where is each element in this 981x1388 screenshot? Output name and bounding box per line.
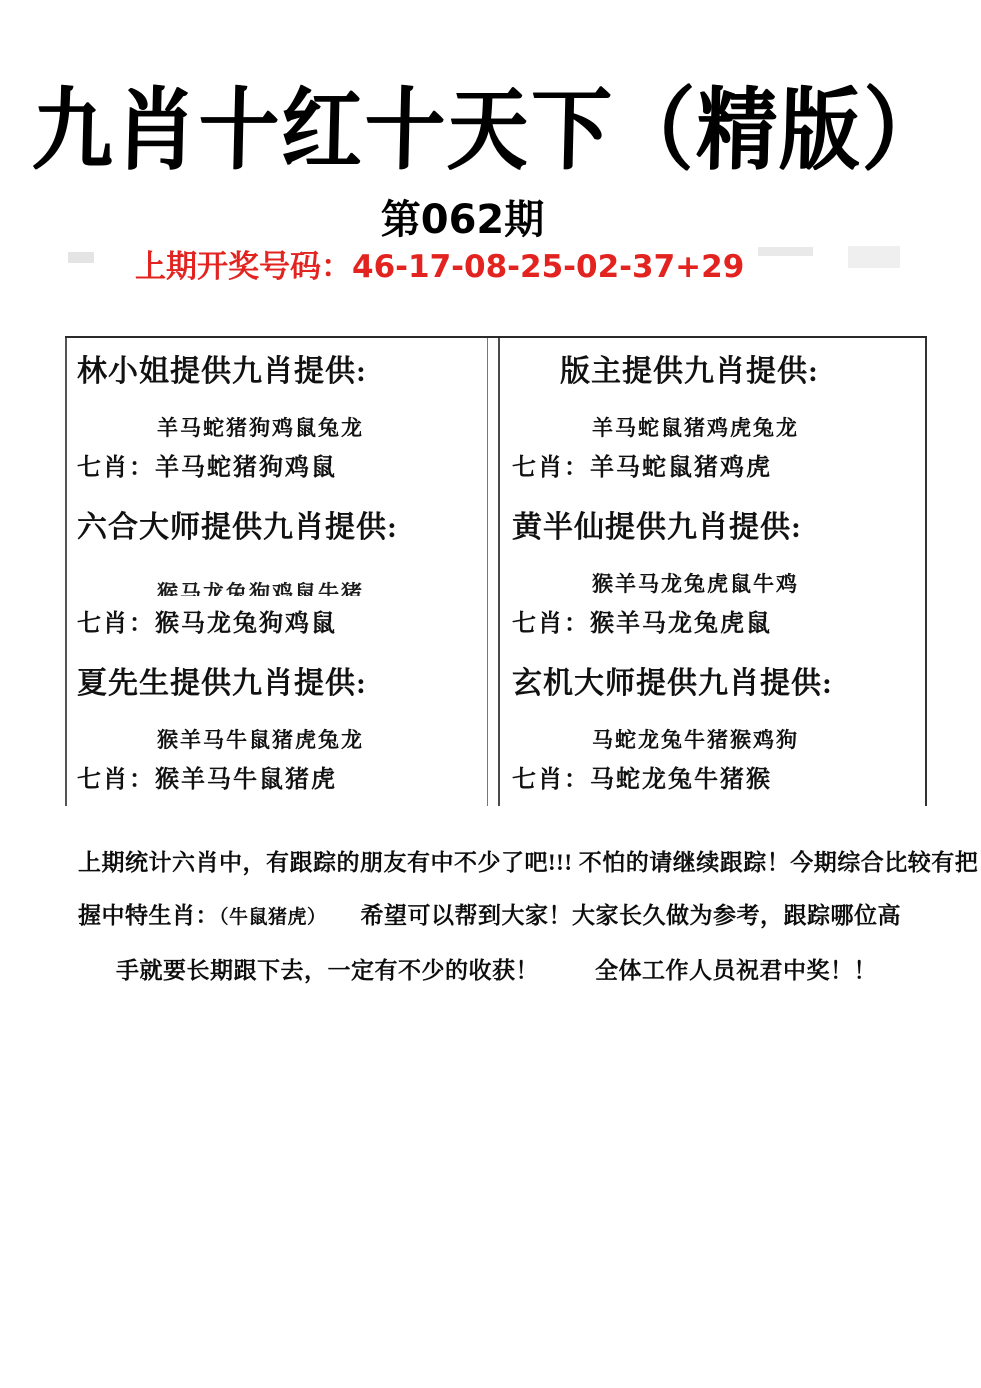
nine-zodiac-line: 猴羊马龙兔虎鼠牛鸡	[512, 572, 919, 596]
tipster-table: 林小姐提供九肖提供: 羊马蛇猪狗鸡鼠兔龙 七肖：羊马蛇猪狗鸡鼠 六合大师提供九肖…	[65, 336, 927, 806]
nine-zodiac-line: 羊马蛇猪狗鸡鼠兔龙	[77, 416, 481, 440]
tipster-heading: 夏先生提供九肖提供:	[77, 658, 481, 702]
last-draw-line: 上期开奖号码：46-17-08-25-02-37+29	[135, 241, 744, 286]
tipster-heading: 黄半仙提供九肖提供:	[512, 502, 919, 546]
scan-artifact	[758, 247, 813, 256]
nine-zodiac-line: 羊马蛇鼠猪鸡虎兔龙	[512, 416, 919, 440]
lottery-tip-sheet: 九肖十红十天下（精版） 第062期 上期开奖号码：46-17-08-25-02-…	[0, 0, 981, 1388]
tipster-section-banzhu: 版主提供九肖提供: 羊马蛇鼠猪鸡虎兔龙 七肖：羊马蛇鼠猪鸡虎	[512, 338, 919, 494]
last-draw-numbers: 46-17-08-25-02-37+29	[352, 249, 744, 285]
issue-number: 第062期	[0, 188, 953, 245]
footer-line-2: 握中特生肖：（牛鼠猪虎）希望可以帮到大家！大家长久做为参考，跟踪哪位高	[78, 901, 925, 933]
seven-zodiac-line: 七肖：猴羊马龙兔虎鼠	[512, 603, 919, 638]
footer-special-zodiacs: （牛鼠猪虎）	[219, 907, 327, 928]
seven-zodiac-line: 七肖：羊马蛇鼠猪鸡虎	[512, 447, 919, 482]
seven-zodiac-line: 七肖：猴马龙兔狗鸡鼠	[77, 603, 481, 638]
tipster-column-right: 版主提供九肖提供: 羊马蛇鼠猪鸡虎兔龙 七肖：羊马蛇鼠猪鸡虎 黄半仙提供九肖提供…	[498, 338, 927, 806]
tipster-section-huangbanxian: 黄半仙提供九肖提供: 猴羊马龙兔虎鼠牛鸡 七肖：猴羊马龙兔虎鼠	[512, 494, 919, 650]
tipster-heading: 玄机大师提供九肖提供:	[512, 658, 919, 702]
tipster-column-left: 林小姐提供九肖提供: 羊马蛇猪狗鸡鼠兔龙 七肖：羊马蛇猪狗鸡鼠 六合大师提供九肖…	[65, 338, 488, 806]
seven-zodiac-line: 七肖：羊马蛇猪狗鸡鼠	[77, 447, 481, 482]
scan-artifact	[848, 246, 900, 268]
seven-zodiac-line: 七肖：马蛇龙兔牛猪猴	[512, 759, 919, 794]
footer-line-3: 手就要长期跟下去，一定有不少的收获！全体工作人员祝君中奖！！	[78, 956, 925, 986]
nine-zodiac-line: 马蛇龙兔牛猪猴鸡狗	[512, 728, 919, 752]
footer-line-3-part2: 全体工作人员祝君中奖！！	[595, 958, 877, 983]
nine-zodiac-line: 猴羊马牛鼠猪虎兔龙	[77, 728, 481, 752]
tipster-section-xuanjidashi: 玄机大师提供九肖提供: 马蛇龙兔牛猪猴鸡狗 七肖：马蛇龙兔牛猪猴	[512, 650, 919, 806]
nine-zodiac-line-clipped: 猴马龙兔狗鸡鼠牛猪	[77, 581, 481, 596]
footer-line-1: 上期统计六肖中，有跟踪的朋友有中不少了吧!!! 不怕的请继续跟踪！今期综合比较有…	[78, 848, 925, 878]
footer-line-2-suffix: 希望可以帮到大家！大家长久做为参考，跟踪哪位高	[361, 903, 902, 928]
tipster-heading: 六合大师提供九肖提供:	[77, 502, 481, 546]
tipster-section-liuhedashi: 六合大师提供九肖提供: 猴马龙兔狗鸡鼠牛猪 七肖：猴马龙兔狗鸡鼠	[77, 494, 481, 650]
footer-line-3-part1: 手就要长期跟下去，一定有不少的收获！	[116, 958, 539, 983]
scan-artifact	[68, 252, 94, 263]
tipster-section-linxiaojie: 林小姐提供九肖提供: 羊马蛇猪狗鸡鼠兔龙 七肖：羊马蛇猪狗鸡鼠	[77, 338, 481, 494]
tipster-section-xiaxiansheng: 夏先生提供九肖提供: 猴羊马牛鼠猪虎兔龙 七肖：猴羊马牛鼠猪虎	[77, 650, 481, 806]
tipster-heading: 版主提供九肖提供:	[512, 346, 919, 390]
tipster-heading: 林小姐提供九肖提供:	[77, 346, 481, 390]
page-title: 九肖十红十天下（精版）	[0, 58, 981, 187]
seven-zodiac-line: 七肖：猴羊马牛鼠猪虎	[77, 759, 481, 794]
footer-line-2-prefix: 握中特生肖：	[78, 903, 219, 928]
footer-note: 上期统计六肖中，有跟踪的朋友有中不少了吧!!! 不怕的请继续跟踪！今期综合比较有…	[78, 848, 925, 1009]
last-draw-label: 上期开奖号码：	[135, 249, 352, 285]
